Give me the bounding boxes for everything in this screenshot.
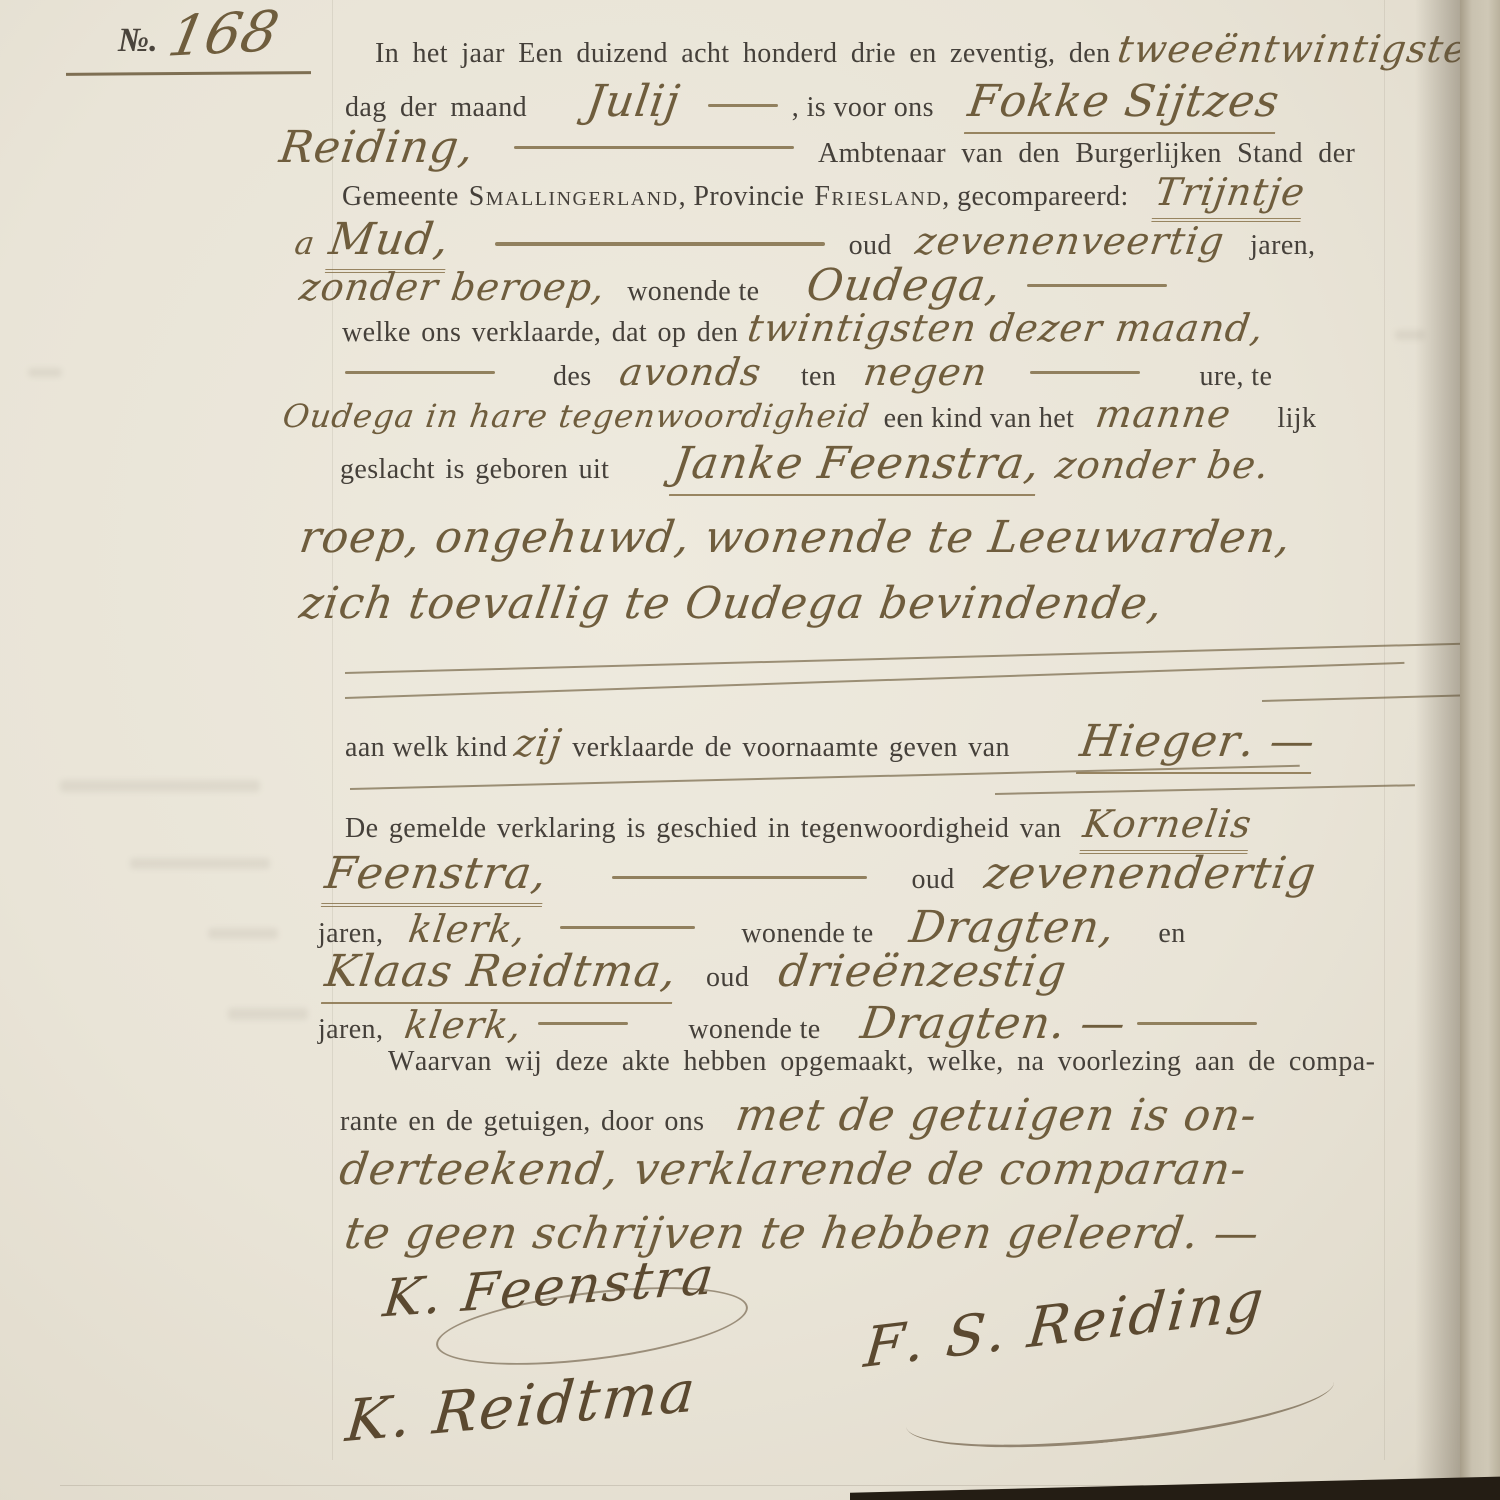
printed-oud-label: oud: [849, 230, 892, 262]
line-witness1-age: Feenstra, oud zevenendertig: [325, 848, 1316, 907]
handwritten-insertion-mark: a: [292, 224, 317, 262]
bleed-through-mark: [208, 928, 278, 939]
printed-jaren-label: jaren,: [1250, 230, 1315, 262]
printed-give-name: verklaarde de voornaamte geven van: [572, 732, 1010, 764]
handwritten-birth-place: Oudega in hare tegenwoordigheid: [280, 397, 872, 435]
handwritten-witness1-surname: Feenstra,: [321, 848, 551, 907]
line-declaration-date: welke ons verklaarde, dat op den twintig…: [342, 306, 1264, 350]
handwritten-registrar-surname: Reiding,: [276, 122, 477, 173]
line-closing-hw-1: derteekend, verklarende de comparan-: [340, 1144, 1247, 1195]
birth-record-page: №. 168 In het jaar Een duizend acht hond…: [0, 0, 1500, 1500]
handwritten-witness1-firstname: Kornelis: [1080, 802, 1256, 854]
ink-filler-line: [560, 926, 695, 929]
closeout-stroke: [345, 642, 1500, 674]
printed-jaren-label: jaren,: [318, 1014, 383, 1046]
printed-child-of: een kind van het: [884, 403, 1075, 435]
bleed-through-mark: [28, 368, 62, 377]
act-number-value: 168: [163, 0, 284, 70]
child-name-underline-stroke: [995, 784, 1415, 795]
handwritten-daypart: avonds: [616, 350, 763, 394]
handwritten-declarant-residence: Oudega,: [804, 260, 1005, 311]
handwritten-gender: manne: [1093, 392, 1234, 436]
line-mother-presence: zich toevallig te Oudega bevindende,: [300, 578, 1163, 629]
printed-registrar-title: Ambtenaar van den Burgerlijken Stand der: [818, 138, 1355, 170]
printed-province-name: Friesland: [814, 181, 942, 213]
printed-gemeente-label: Gemeente: [342, 181, 459, 213]
printed-wonende-te: wonende te: [627, 276, 759, 308]
bleed-through-mark: [228, 1008, 308, 1020]
printed-en-label: en: [1158, 918, 1185, 950]
handwritten-witness2-age: drieënzestig: [776, 946, 1071, 997]
printed-ure-te: ure, te: [1200, 361, 1273, 393]
line-birth-time: des avonds ten negen ure, te: [345, 350, 1272, 394]
handwritten-month: Julij: [583, 76, 683, 127]
handwritten-witness2-name: Klaas Reidtma,: [321, 946, 680, 1004]
line-year: In het jaar Een duizend acht honderd dri…: [375, 27, 1493, 71]
line-child-name: aan welk kind zij verklaarde de voornaam…: [345, 716, 1315, 774]
ink-filler-line: [708, 104, 778, 107]
line-closing-mixed: rante en de getuigen, door ons met de ge…: [340, 1090, 1257, 1141]
ink-filler-line: [1137, 1022, 1257, 1025]
adjacent-page-edge: [1460, 0, 1500, 1500]
printed-witness-intro: De gemelde verklaring is geschied in teg…: [345, 813, 1061, 845]
right-margin-rule: [1384, 0, 1385, 1460]
handwritten-zij: zij: [512, 721, 565, 765]
printed-before-registrar: , is voor ons: [792, 92, 934, 124]
ink-filler-line: [538, 1022, 628, 1025]
printed-oud-label: oud: [911, 864, 954, 896]
page-edge-shadow: [1415, 0, 1460, 1500]
line-witness-intro: De gemelde verklaring is geschied in teg…: [345, 802, 1252, 854]
line-closing-printed: Waarvan wij deze akte hebben opgemaakt, …: [388, 1046, 1375, 1078]
printed-closing-1: Waarvan wij deze akte hebben opgemaakt, …: [388, 1046, 1375, 1078]
handwritten-witness2-occupation: klerk,: [402, 1003, 525, 1047]
line-mother-status: roep, ongehuwd, wonende te Leeuwarden,: [300, 512, 1291, 563]
printed-des-label: des: [553, 361, 592, 393]
act-number-label: №.: [118, 22, 158, 60]
printed-ten-label: ten: [801, 361, 836, 393]
line-witness2-residence: jaren, klerk, wonende te Dragten. —: [318, 998, 1257, 1049]
printed-wonende-te: wonende te: [688, 1014, 820, 1046]
handwritten-closing-2: derteekend, verklarende de comparan-: [336, 1144, 1250, 1195]
ink-filler-line: [495, 242, 825, 246]
printed-province-label: , Provincie: [679, 181, 805, 213]
printed-lijk-suffix: lijk: [1277, 403, 1316, 435]
line-closing-hw-2: te geen schrijven te hebben geleerd. —: [345, 1208, 1259, 1259]
handwritten-witness1-occupation: klerk,: [406, 907, 529, 951]
printed-aan-welk-kind: aan welk kind: [345, 732, 507, 764]
handwritten-declarant-occupation: zonder beroep,: [297, 265, 608, 309]
handwritten-mother-name: Janke Feenstra,: [669, 438, 1044, 496]
ink-filler-line: [345, 371, 495, 374]
bleed-through-mark: [130, 858, 270, 869]
ink-filler-line: [1027, 284, 1167, 287]
printed-declared-on: welke ons verklaarde, dat op den: [342, 317, 738, 349]
handwritten-birth-date: twintigsten dezer maand,: [745, 306, 1267, 350]
printed-closing-2: rante en de getuigen, door ons: [340, 1106, 704, 1138]
handwritten-witness1-age: zevenendertig: [981, 848, 1319, 899]
handwritten-mother-status: roep, ongehuwd, wonende te Leeuwarden,: [296, 512, 1294, 563]
line-witness2: Klaas Reidtma, oud drieënzestig: [325, 946, 1067, 1004]
handwritten-mother-occupation-start: zonder be.: [1053, 443, 1273, 487]
line-registrar-surname: Reiding, Ambtenaar van den Burgerlijken …: [280, 122, 1355, 173]
line-declarant-residence: zonder beroep, wonende te Oudega,: [300, 260, 1167, 311]
book-binding-shadow: [850, 1474, 1500, 1500]
handwritten-hour: negen: [861, 350, 990, 394]
act-number-underline: [66, 71, 311, 76]
handwritten-witness2-residence: Dragten. —: [857, 998, 1129, 1049]
printed-year-text: In het jaar Een duizend acht honderd dri…: [375, 38, 1110, 70]
printed-appeared-label: , gecompareerd:: [942, 181, 1128, 213]
handwritten-declarant-age: zevenenveertig: [913, 219, 1227, 263]
handwritten-closing-1: met de getuigen is on-: [733, 1090, 1261, 1141]
line-birth-place: Oudega in hare tegenwoordigheid een kind…: [283, 392, 1316, 436]
printed-gemeente-name: Smallingerland: [469, 181, 679, 213]
bleed-through-mark: [60, 780, 260, 792]
printed-born-from: geslacht is geboren uit: [340, 454, 609, 486]
signature-witness2: K. Reidtma: [343, 1357, 700, 1455]
line-mother: geslacht is geboren uit Janke Feenstra, …: [340, 438, 1269, 496]
ink-filler-line: [612, 876, 867, 879]
ink-filler-line: [514, 146, 794, 149]
printed-oud-label: oud: [706, 962, 749, 994]
ink-filler-line: [1030, 371, 1140, 374]
printed-month-label: dag der maand: [345, 92, 527, 124]
handwritten-closing-3: te geen schrijven te hebben geleerd. —: [341, 1208, 1262, 1259]
handwritten-mother-presence: zich toevallig te Oudega bevindende,: [296, 578, 1166, 629]
